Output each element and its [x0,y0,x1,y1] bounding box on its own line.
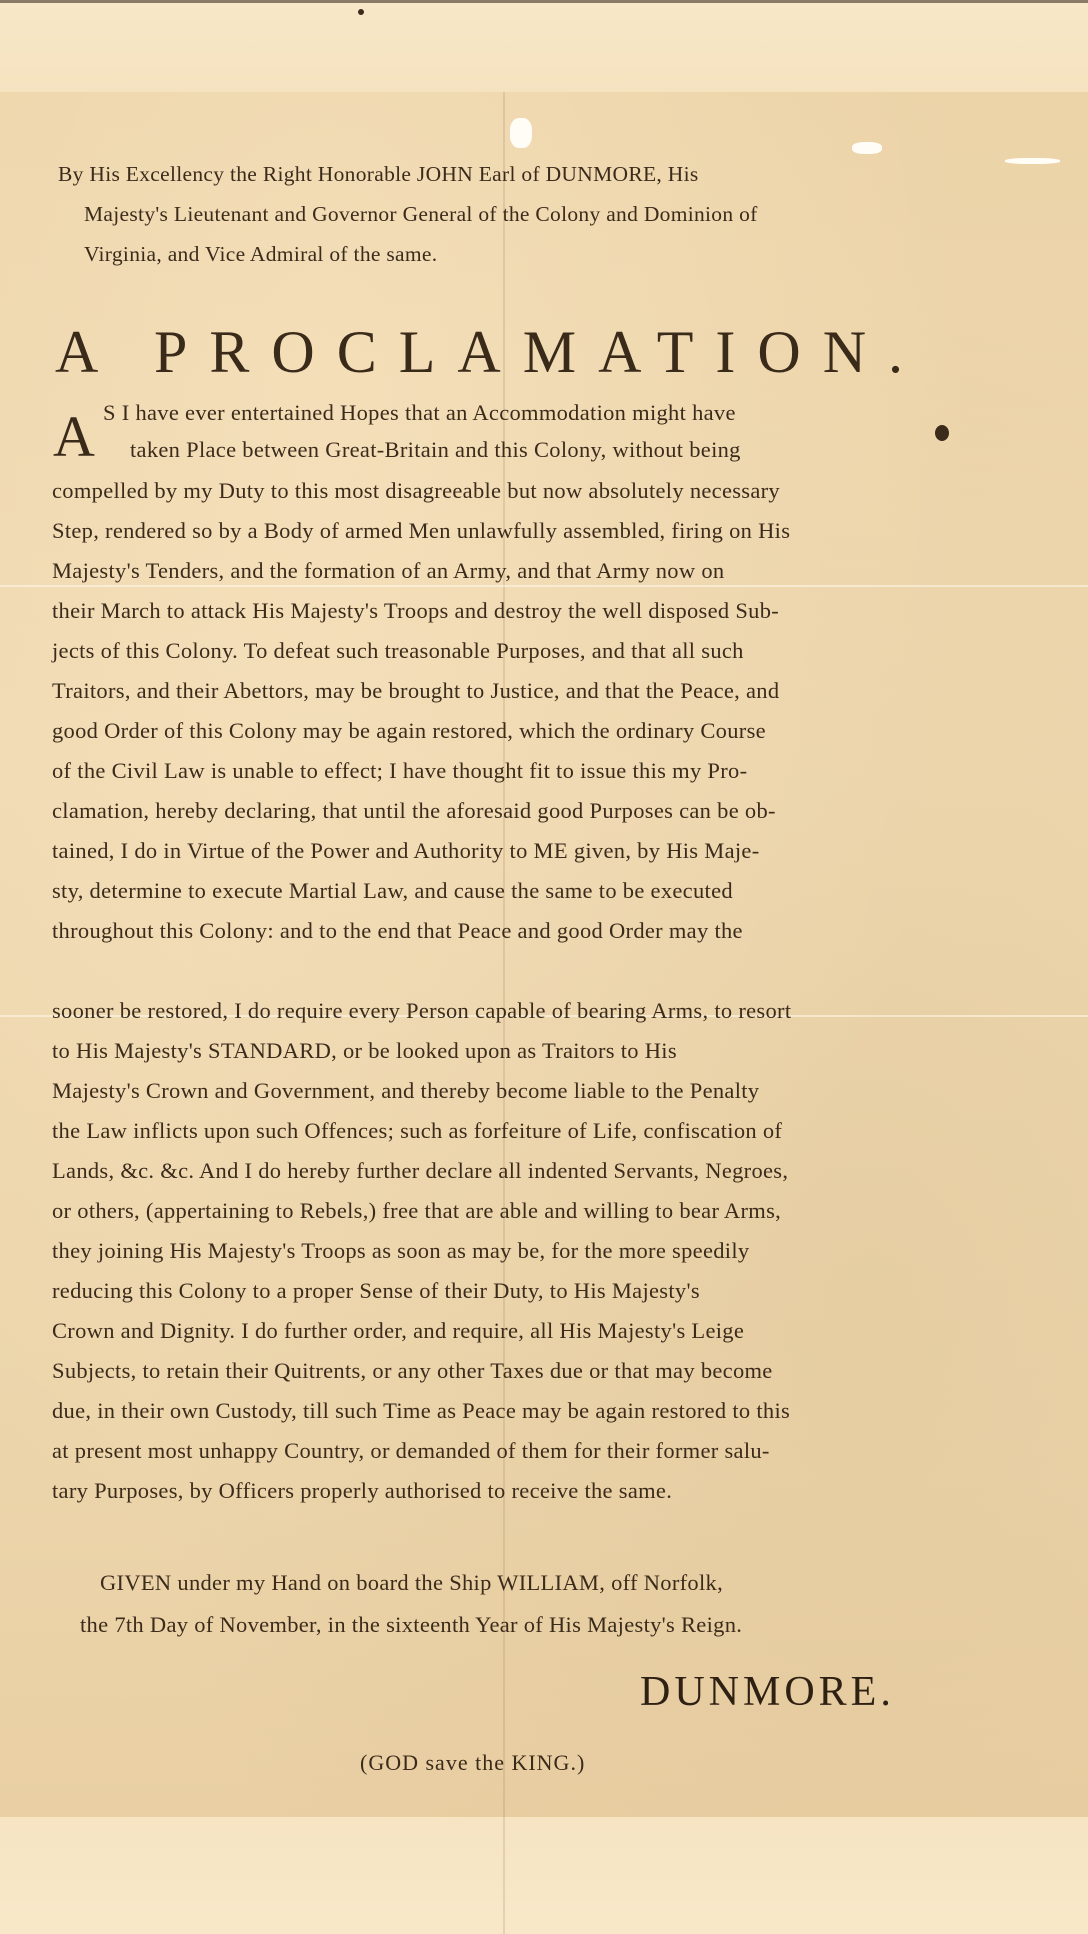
body-line: compelled by my Duty to this most disagr… [52,478,780,504]
paper-top-fold [0,0,1088,92]
body-line: Traitors, and their Abettors, may be bro… [52,678,779,704]
body-line: clamation, hereby declaring, that until … [52,798,776,824]
body-line: jects of this Colony. To defeat such tre… [52,638,744,664]
body-line: throughout this Colony: and to the end t… [52,918,743,944]
paper-tear [1005,158,1060,164]
body-line: Lands, &c. &c. And I do hereby further d… [52,1158,788,1184]
paper-tear [852,142,882,154]
body-line: their March to attack His Majesty's Troo… [52,598,779,624]
ink-blot [935,425,949,441]
closing-line: (GOD save the KING.) [360,1750,585,1776]
dateline-line: the 7th Day of November, in the sixteent… [80,1612,742,1638]
body-line: Step, rendered so by a Body of armed Men… [52,518,790,544]
drop-cap: A [53,408,95,466]
body-line: they joining His Majesty's Troops as soo… [52,1238,749,1264]
body-line: due, in their own Custody, till such Tim… [52,1398,790,1424]
dateline-line: GIVEN under my Hand on board the Ship WI… [100,1570,723,1596]
body-line: S I have ever entertained Hopes that an … [103,400,736,426]
ink-speck [358,9,364,15]
header-line: Majesty's Lieutenant and Governor Genera… [84,202,758,227]
signature: DUNMORE. [640,1668,895,1716]
paper-bottom-fold [0,1817,1088,1934]
body-line: or others, (appertaining to Rebels,) fre… [52,1198,781,1224]
header-line: Virginia, and Vice Admiral of the same. [84,242,437,267]
body-line: tary Purposes, by Officers properly auth… [52,1478,672,1504]
body-line: of the Civil Law is unable to effect; I … [52,758,747,784]
body-line: sty, determine to execute Martial Law, a… [52,878,733,904]
header-line: By His Excellency the Right Honorable JO… [58,162,699,187]
body-line: Subjects, to retain their Quitrents, or … [52,1358,773,1384]
body-line: good Order of this Colony may be again r… [52,718,766,744]
proclamation-title: A PROCLAMATION. [55,318,1045,387]
body-line: taken Place between Great-Britain and th… [130,437,741,463]
body-line: the Law inflicts upon such Offences; suc… [52,1118,782,1144]
body-line: sooner be restored, I do require every P… [52,998,791,1024]
body-line: reducing this Colony to a proper Sense o… [52,1278,700,1304]
body-line: Majesty's Crown and Government, and ther… [52,1078,759,1104]
body-line: tained, I do in Virtue of the Power and … [52,838,760,864]
body-line: at present most unhappy Country, or dema… [52,1438,770,1464]
body-line: to His Majesty's STANDARD, or be looked … [52,1038,677,1064]
horizontal-fold-crease [0,585,1088,587]
paper-tear [510,118,532,148]
body-line: Majesty's Tenders, and the formation of … [52,558,724,584]
body-line: Crown and Dignity. I do further order, a… [52,1318,744,1344]
